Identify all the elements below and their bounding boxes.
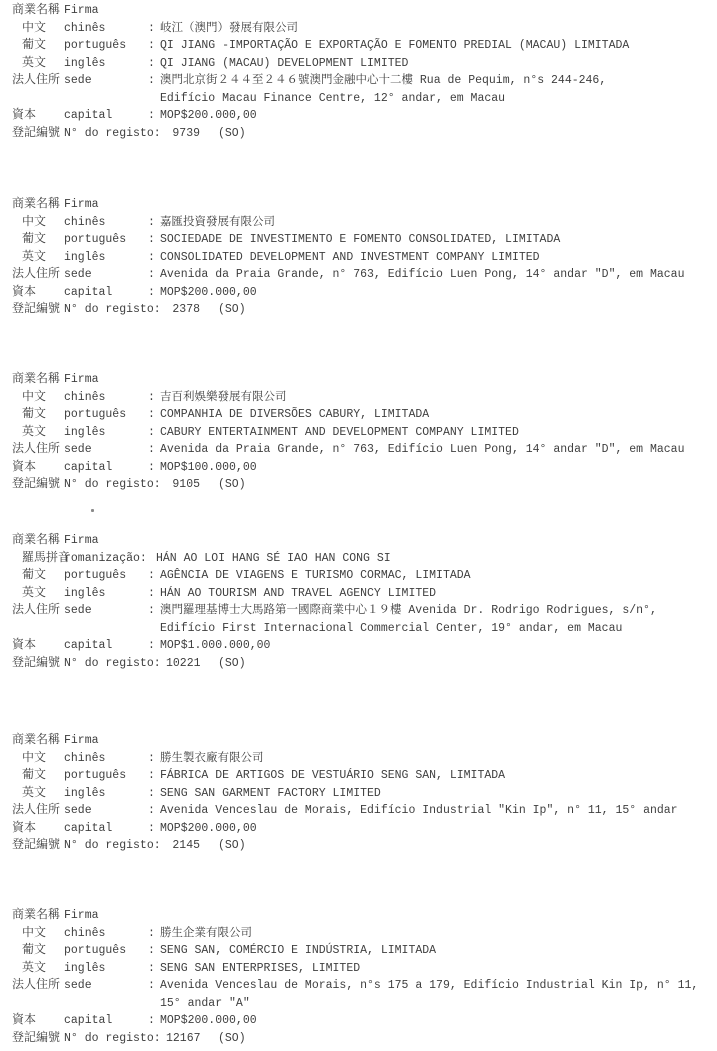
colon: :: [148, 441, 155, 459]
portuguese-name-row: 葡文 português : SOCIEDADE DE INVESTIMENTO…: [0, 231, 717, 249]
registo-row: 登記編號 N° do registo: 12167 (SO): [0, 1030, 717, 1048]
sede-row: 法人住所 sede : 澳門羅理基博士大馬路第一國際商業中心１９樓 Avenid…: [0, 602, 717, 620]
english-name-row: 英文 inglês : HÁN AO TOURISM AND TRAVEL AG…: [0, 585, 717, 603]
portuguese-label-pt: português: [64, 567, 126, 585]
registo-label-zh: 登記編號: [12, 476, 60, 494]
english-name-row: 英文 inglês : CONSOLIDATED DEVELOPMENT AND…: [0, 249, 717, 267]
capital-value: MOP$200.000,00: [160, 820, 257, 838]
portuguese-name-row: 葡文 português : COMPANHIA DE DIVERSÕES CA…: [0, 406, 717, 424]
portuguese-name-row: 葡文 português : FÁBRICA DE ARTIGOS DE VES…: [0, 767, 717, 785]
registo-label-pt: N° do registo:: [64, 837, 161, 855]
capital-value: MOP$1.000.000,00: [160, 637, 270, 655]
registo-row: 登記編號 N° do registo: 2378 (SO): [0, 301, 717, 319]
sede-label-zh: 法人住所: [12, 266, 60, 284]
sede-label-pt: sede: [64, 441, 92, 459]
registo-number: 12167: [166, 1030, 200, 1048]
capital-row: 資本 capital : MOP$200.000,00: [0, 820, 717, 838]
registo-code: (SO): [218, 837, 246, 855]
portuguese-name-row: 葡文 português : AGÊNCIA DE VIAGENS E TURI…: [0, 567, 717, 585]
firma-label-zh: 商業名稱: [12, 532, 60, 550]
sede-value: Avenida Venceslau de Morais, Edifício In…: [160, 802, 678, 820]
chinese-name-value: 岐江（澳門）發展有限公司: [160, 20, 298, 38]
registo-label-zh: 登記編號: [12, 125, 60, 143]
chinese-label-pt: chinês: [64, 750, 105, 768]
registo-row: 登記編號 N° do registo: 9739 (SO): [0, 125, 717, 143]
colon: :: [148, 1012, 155, 1030]
firma-label-pt: Firma: [64, 2, 99, 20]
portuguese-label-pt: português: [64, 231, 126, 249]
sede-row: 法人住所 sede : Avenida da Praia Grande, n° …: [0, 266, 717, 284]
portuguese-label-pt: português: [64, 406, 126, 424]
english-name-row: 英文 inglês : CABURY ENTERTAINMENT AND DEV…: [0, 424, 717, 442]
registo-code: (SO): [218, 1030, 246, 1048]
capital-row: 資本 capital : MOP$200.000,00: [0, 284, 717, 302]
romanization-row: 羅馬拼音 romanização: HÁN AO LOI HANG SÉ IAO…: [0, 550, 717, 568]
colon: :: [148, 37, 155, 55]
firma-label-pt: Firma: [64, 371, 99, 389]
chinese-name-row: 中文 chinês : 岐江（澳門）發展有限公司: [0, 20, 717, 38]
english-label-zh: 英文: [22, 249, 46, 267]
sede-value: Avenida da Praia Grande, n° 763, Edifíci…: [160, 266, 685, 284]
english-name-row: 英文 inglês : QI JIANG (MACAU) DEVELOPMENT…: [0, 55, 717, 73]
chinese-name-row: 中文 chinês : 勝生企業有限公司: [0, 925, 717, 943]
colon: :: [148, 284, 155, 302]
capital-label-pt: capital: [64, 459, 112, 477]
sede-row-continuation: 15° andar "A": [0, 995, 717, 1013]
capital-label-zh: 資本: [12, 284, 36, 302]
sede-row: 法人住所 sede : 澳門北京街２４４至２４６號澳門金融中心十二樓 Rua d…: [0, 72, 717, 90]
colon: :: [148, 20, 155, 38]
firma-label-zh: 商業名稱: [12, 196, 60, 214]
capital-label-pt: capital: [64, 820, 112, 838]
chinese-label-pt: chinês: [64, 389, 105, 407]
sede-value-continuation: Edifício First Internacional Commercial …: [160, 620, 622, 638]
capital-label-pt: capital: [64, 637, 112, 655]
colon: :: [148, 249, 155, 267]
capital-row: 資本 capital : MOP$1.000.000,00: [0, 637, 717, 655]
portuguese-label-pt: português: [64, 37, 126, 55]
chinese-label-pt: chinês: [64, 20, 105, 38]
chinese-name-row: 中文 chinês : 吉百利娛樂發展有限公司: [0, 389, 717, 407]
colon: :: [148, 585, 155, 603]
colon: :: [148, 960, 155, 978]
english-label-pt: inglês: [64, 785, 105, 803]
chinese-name-value: 吉百利娛樂發展有限公司: [160, 389, 287, 407]
capital-label-pt: capital: [64, 107, 112, 125]
firma-label-zh: 商業名稱: [12, 907, 60, 925]
registo-label-zh: 登記編號: [12, 1030, 60, 1048]
english-label-pt: inglês: [64, 55, 105, 73]
registo-row: 登記編號 N° do registo: 10221 (SO): [0, 655, 717, 673]
portuguese-label-zh: 葡文: [22, 567, 46, 585]
english-label-zh: 英文: [22, 55, 46, 73]
colon: :: [148, 767, 155, 785]
chinese-label-zh: 中文: [22, 389, 46, 407]
chinese-name-row: 中文 chinês : 勝生製衣廠有限公司: [0, 750, 717, 768]
portuguese-name-value: FÁBRICA DE ARTIGOS DE VESTUÁRIO SENG SAN…: [160, 767, 505, 785]
capital-label-zh: 資本: [12, 1012, 36, 1030]
sede-value-continuation: 15° andar "A": [160, 995, 250, 1013]
sede-value: 澳門北京街２４４至２４６號澳門金融中心十二樓 Rua de Pequim, n°…: [160, 72, 606, 90]
english-name-value: CABURY ENTERTAINMENT AND DEVELOPMENT COM…: [160, 424, 519, 442]
sede-value-continuation: Edifício Macau Finance Centre, 12° andar…: [160, 90, 505, 108]
portuguese-label-zh: 葡文: [22, 231, 46, 249]
colon: :: [148, 802, 155, 820]
colon: :: [148, 266, 155, 284]
colon: :: [148, 785, 155, 803]
registo-number: 9105: [166, 476, 200, 494]
capital-value: MOP$200.000,00: [160, 1012, 257, 1030]
portuguese-name-row: 葡文 português : SENG SAN, COMÉRCIO E INDÚ…: [0, 942, 717, 960]
registo-number: 10221: [166, 655, 200, 673]
sede-label-zh: 法人住所: [12, 72, 60, 90]
romanization-value: HÁN AO LOI HANG SÉ IAO HAN CONG SI: [156, 550, 391, 568]
portuguese-name-value: AGÊNCIA DE VIAGENS E TURISMO CORMAC, LIM…: [160, 567, 471, 585]
sede-row-continuation: Edifício Macau Finance Centre, 12° andar…: [0, 90, 717, 108]
english-name-value: QI JIANG (MACAU) DEVELOPMENT LIMITED: [160, 55, 408, 73]
firma-header-row: 商業名稱 Firma: [0, 532, 717, 550]
colon: :: [148, 750, 155, 768]
portuguese-name-value: QI JIANG -IMPORTAÇÃO E EXPORTAÇÃO E FOME…: [160, 37, 629, 55]
portuguese-name-value: SOCIEDADE DE INVESTIMENTO E FOMENTO CONS…: [160, 231, 560, 249]
sede-label-pt: sede: [64, 266, 92, 284]
chinese-label-zh: 中文: [22, 20, 46, 38]
english-label-zh: 英文: [22, 960, 46, 978]
capital-label-zh: 資本: [12, 637, 36, 655]
capital-label-pt: capital: [64, 1012, 112, 1030]
portuguese-label-zh: 葡文: [22, 37, 46, 55]
capital-row: 資本 capital : MOP$200.000,00: [0, 107, 717, 125]
registo-code: (SO): [218, 655, 246, 673]
company-record: 商業名稱 Firma 中文 chinês : 吉百利娛樂發展有限公司 葡文 po…: [0, 371, 717, 494]
capital-value: MOP$100.000,00: [160, 459, 257, 477]
registo-row: 登記編號 N° do registo: 2145 (SO): [0, 837, 717, 855]
registo-label-zh: 登記編號: [12, 655, 60, 673]
registo-label-pt: N° do registo:: [64, 1030, 161, 1048]
firma-header-row: 商業名稱 Firma: [0, 2, 717, 20]
registo-code: (SO): [218, 125, 246, 143]
company-record: 商業名稱 Firma 中文 chinês : 勝生製衣廠有限公司 葡文 port…: [0, 732, 717, 855]
firma-header-row: 商業名稱 Firma: [0, 196, 717, 214]
registo-label-pt: N° do registo:: [64, 655, 161, 673]
registo-number: 2378: [166, 301, 200, 319]
firma-label-zh: 商業名稱: [12, 371, 60, 389]
sede-row-continuation: Edifício First Internacional Commercial …: [0, 620, 717, 638]
capital-row: 資本 capital : MOP$100.000,00: [0, 459, 717, 477]
chinese-label-pt: chinês: [64, 214, 105, 232]
english-label-zh: 英文: [22, 585, 46, 603]
company-record: 商業名稱 Firma 中文 chinês : 岐江（澳門）發展有限公司 葡文 p…: [0, 2, 717, 142]
registo-label-pt: N° do registo:: [64, 125, 161, 143]
firma-header-row: 商業名稱 Firma: [0, 907, 717, 925]
capital-label-zh: 資本: [12, 820, 36, 838]
english-label-pt: inglês: [64, 960, 105, 978]
colon: :: [148, 459, 155, 477]
firma-label-zh: 商業名稱: [12, 732, 60, 750]
english-label-pt: inglês: [64, 249, 105, 267]
colon: :: [148, 602, 155, 620]
capital-row: 資本 capital : MOP$200.000,00: [0, 1012, 717, 1030]
sede-label-pt: sede: [64, 977, 92, 995]
firma-label-pt: Firma: [64, 532, 99, 550]
sede-value: 澳門羅理基博士大馬路第一國際商業中心１９樓 Avenida Dr. Rodrig…: [160, 602, 657, 620]
colon: :: [148, 424, 155, 442]
colon: :: [148, 942, 155, 960]
sede-label-zh: 法人住所: [12, 602, 60, 620]
portuguese-label-pt: português: [64, 942, 126, 960]
chinese-label-zh: 中文: [22, 750, 46, 768]
english-label-pt: inglês: [64, 585, 105, 603]
colon: :: [148, 107, 155, 125]
registo-label-pt: N° do registo:: [64, 476, 161, 494]
portuguese-label-zh: 葡文: [22, 767, 46, 785]
portuguese-label-zh: 葡文: [22, 942, 46, 960]
colon: :: [148, 231, 155, 249]
portuguese-label-pt: português: [64, 767, 126, 785]
sede-label-zh: 法人住所: [12, 977, 60, 995]
english-label-zh: 英文: [22, 785, 46, 803]
english-name-value: SENG SAN ENTERPRISES, LIMITED: [160, 960, 360, 978]
english-name-value: HÁN AO TOURISM AND TRAVEL AGENCY LIMITED: [160, 585, 436, 603]
colon: :: [148, 925, 155, 943]
colon: :: [148, 567, 155, 585]
colon: :: [148, 977, 155, 995]
registo-label-zh: 登記編號: [12, 301, 60, 319]
stray-ink-mark: [91, 509, 94, 512]
colon: :: [148, 389, 155, 407]
registo-label-pt: N° do registo:: [64, 301, 161, 319]
romanization-label-pt: romanização:: [64, 550, 147, 568]
english-name-row: 英文 inglês : SENG SAN GARMENT FACTORY LIM…: [0, 785, 717, 803]
capital-label-zh: 資本: [12, 459, 36, 477]
sede-label-pt: sede: [64, 802, 92, 820]
colon: :: [148, 820, 155, 838]
portuguese-name-value: COMPANHIA DE DIVERSÕES CABURY, LIMITADA: [160, 406, 429, 424]
sede-value: Avenida da Praia Grande, n° 763, Edifíci…: [160, 441, 685, 459]
portuguese-name-row: 葡文 português : QI JIANG -IMPORTAÇÃO E EX…: [0, 37, 717, 55]
firma-label-pt: Firma: [64, 732, 99, 750]
sede-label-pt: sede: [64, 72, 92, 90]
colon: :: [148, 214, 155, 232]
company-record: 商業名稱 Firma 中文 chinês : 嘉匯投資發展有限公司 葡文 por…: [0, 196, 717, 319]
registo-number: 9739: [166, 125, 200, 143]
chinese-name-row: 中文 chinês : 嘉匯投資發展有限公司: [0, 214, 717, 232]
capital-value: MOP$200.000,00: [160, 107, 257, 125]
registo-code: (SO): [218, 476, 246, 494]
firma-label-pt: Firma: [64, 907, 99, 925]
sede-row: 法人住所 sede : Avenida da Praia Grande, n° …: [0, 441, 717, 459]
registo-label-zh: 登記編號: [12, 837, 60, 855]
registo-code: (SO): [218, 301, 246, 319]
colon: :: [148, 55, 155, 73]
sede-label-zh: 法人住所: [12, 441, 60, 459]
english-name-value: CONSOLIDATED DEVELOPMENT AND INVESTMENT …: [160, 249, 540, 267]
company-record: 商業名稱 Firma 中文 chinês : 勝生企業有限公司 葡文 portu…: [0, 907, 717, 1047]
chinese-name-value: 勝生製衣廠有限公司: [160, 750, 264, 768]
sede-row: 法人住所 sede : Avenida Venceslau de Morais,…: [0, 802, 717, 820]
sede-row: 法人住所 sede : Avenida Venceslau de Morais,…: [0, 977, 717, 995]
colon: :: [148, 72, 155, 90]
colon: :: [148, 406, 155, 424]
portuguese-label-zh: 葡文: [22, 406, 46, 424]
chinese-name-value: 勝生企業有限公司: [160, 925, 252, 943]
company-record: 商業名稱 Firma 羅馬拼音 romanização: HÁN AO LOI …: [0, 532, 717, 672]
romanization-label-zh: 羅馬拼音: [22, 550, 70, 568]
portuguese-name-value: SENG SAN, COMÉRCIO E INDÚSTRIA, LIMITADA: [160, 942, 436, 960]
sede-value: Avenida Venceslau de Morais, n°s 175 a 1…: [160, 977, 698, 995]
english-label-pt: inglês: [64, 424, 105, 442]
chinese-label-zh: 中文: [22, 925, 46, 943]
firma-label-zh: 商業名稱: [12, 2, 60, 20]
english-label-zh: 英文: [22, 424, 46, 442]
firma-header-row: 商業名稱 Firma: [0, 371, 717, 389]
sede-label-zh: 法人住所: [12, 802, 60, 820]
capital-value: MOP$200.000,00: [160, 284, 257, 302]
capital-label-pt: capital: [64, 284, 112, 302]
registo-number: 2145: [166, 837, 200, 855]
firma-header-row: 商業名稱 Firma: [0, 732, 717, 750]
capital-label-zh: 資本: [12, 107, 36, 125]
english-name-value: SENG SAN GARMENT FACTORY LIMITED: [160, 785, 381, 803]
english-name-row: 英文 inglês : SENG SAN ENTERPRISES, LIMITE…: [0, 960, 717, 978]
registo-row: 登記編號 N° do registo: 9105 (SO): [0, 476, 717, 494]
chinese-label-zh: 中文: [22, 214, 46, 232]
colon: :: [148, 637, 155, 655]
chinese-name-value: 嘉匯投資發展有限公司: [160, 214, 275, 232]
sede-label-pt: sede: [64, 602, 92, 620]
chinese-label-pt: chinês: [64, 925, 105, 943]
firma-label-pt: Firma: [64, 196, 99, 214]
